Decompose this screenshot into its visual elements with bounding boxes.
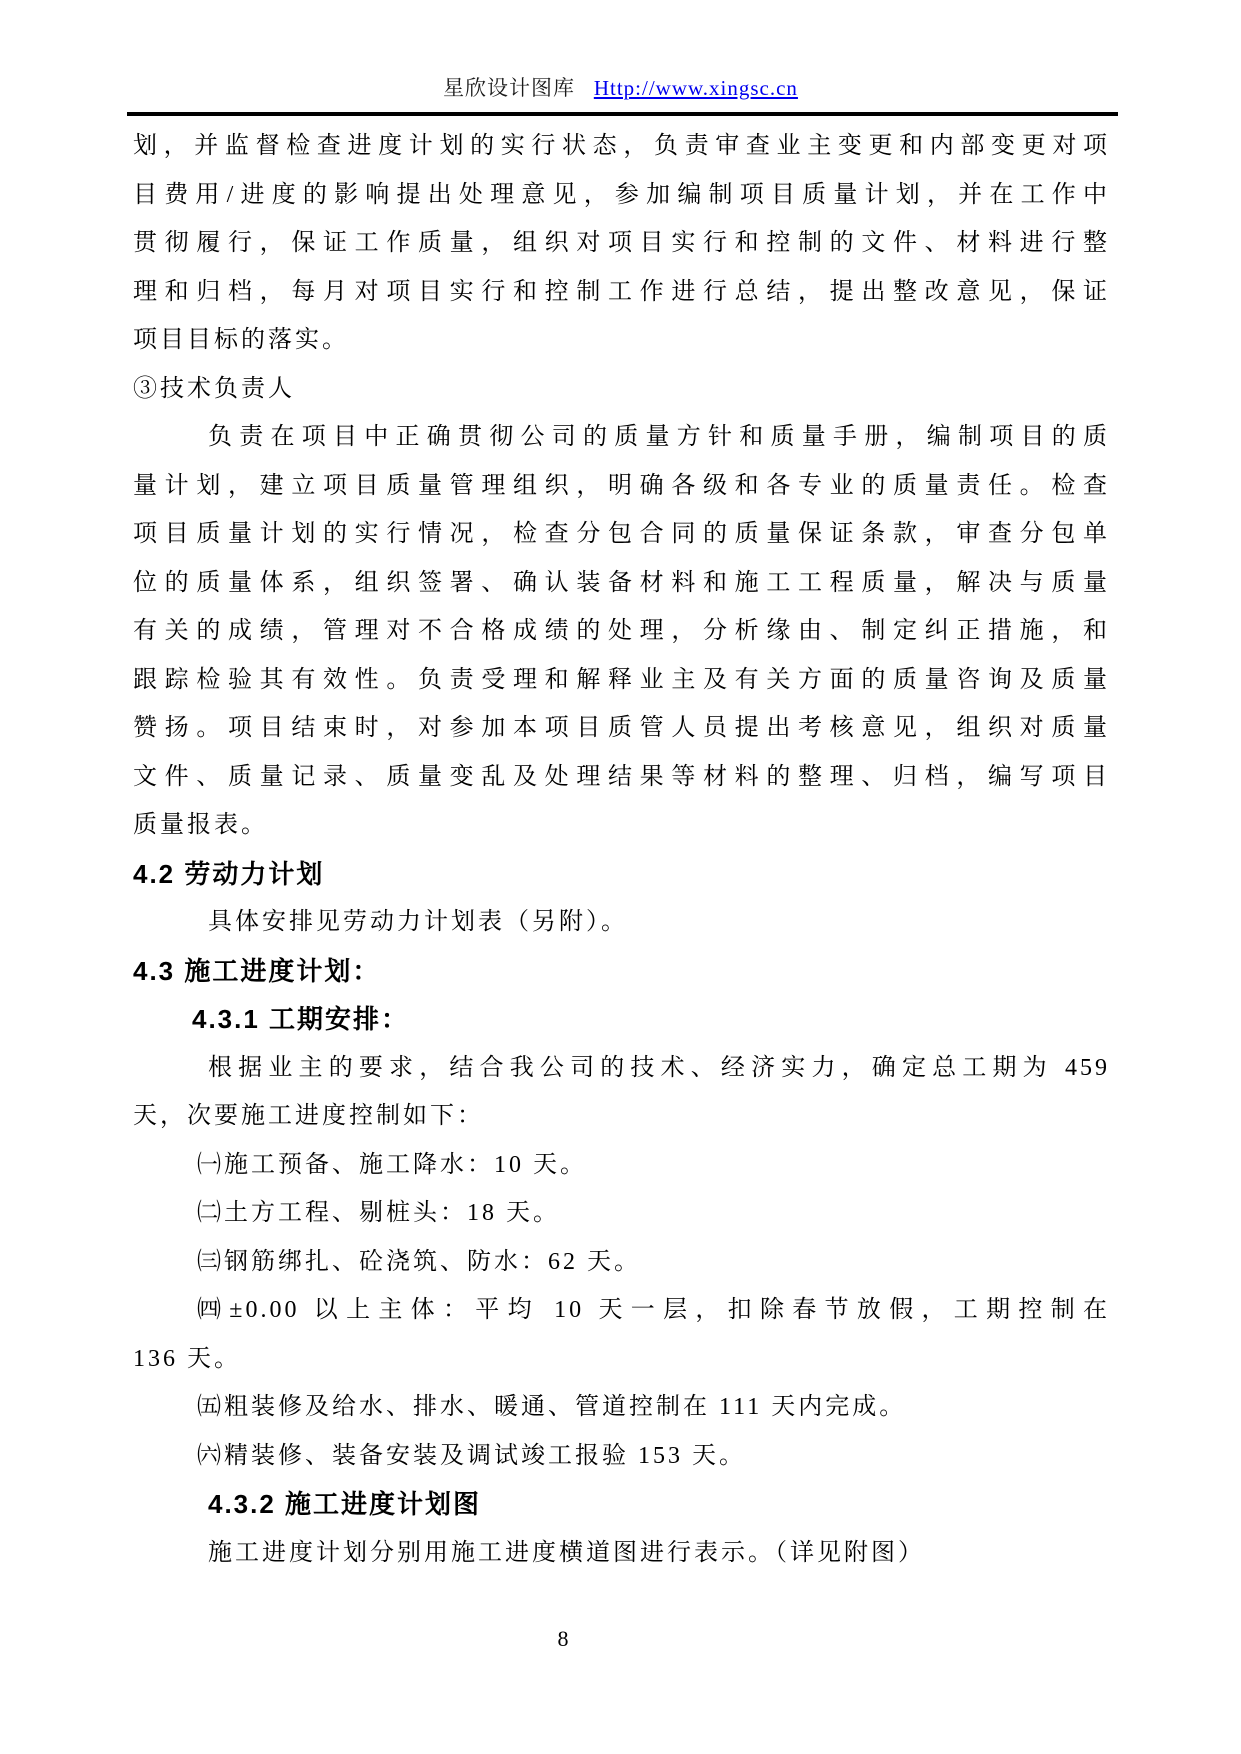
tech-director-para-line: 项目质量计划的实行情况，检查分包合同的质量保证条款，审查分包单 <box>133 510 1110 559</box>
para-continuation-line: 贯彻履行，保证工作质量，组织对项目实行和控制的文件、材料进行整 <box>133 219 1110 268</box>
schedule-item-3: ㈢钢筋绑扎、砼浇筑、防水：62 天。 <box>133 1238 1110 1287</box>
section-heading-4-3: 4.3 施工进度计划： <box>133 947 1110 996</box>
document-body: 划，并监督检查进度计划的实行状态，负责审查业主变更和内部变更对项 目费用/进度的… <box>133 122 1110 1577</box>
item-3-heading: ③技术负责人 <box>133 365 1110 414</box>
duration-para-line: 根据业主的要求，结合我公司的技术、经济实力，确定总工期为 459 <box>133 1044 1110 1093</box>
para-continuation-line: 项目目标的落实。 <box>133 316 1110 365</box>
tech-director-para-line: 赞扬。项目结束时，对参加本项目质管人员提出考核意见，组织对质量 <box>133 704 1110 753</box>
tech-director-para-line: 跟踪检验其有效性。负责受理和解释业主及有关方面的质量咨询及质量 <box>133 656 1110 705</box>
tech-director-para-line: 负责在项目中正确贯彻公司的质量方针和质量手册，编制项目的质 <box>133 413 1110 462</box>
schedule-item-1: ㈠施工预备、施工降水：10 天。 <box>133 1141 1110 1190</box>
tech-director-para-line: 有关的成绩，管理对不合格成绩的处理，分析缘由、制定纠正措施，和 <box>133 607 1110 656</box>
header-brand: 星欣设计图库 <box>443 76 575 100</box>
para-continuation-line: 划，并监督检查进度计划的实行状态，负责审查业主变更和内部变更对项 <box>133 122 1110 171</box>
page-header: 星欣设计图库 Http://www.xingsc.cn <box>0 72 1241 102</box>
gantt-chart-note: 施工进度计划分别用施工进度横道图进行表示。（详见附图） <box>133 1529 1110 1578</box>
section-heading-4-2: 4.2 劳动力计划 <box>133 850 1110 899</box>
schedule-item-2: ㈡土方工程、剔桩头：18 天。 <box>133 1189 1110 1238</box>
para-continuation-line: 目费用/进度的影响提出处理意见，参加编制项目质量计划，并在工作中 <box>133 171 1110 220</box>
schedule-item-6: ㈥精装修、装备安装及调试竣工报验 153 天。 <box>133 1432 1110 1481</box>
schedule-item-5: ㈤粗装修及给水、排水、暖通、管道控制在 111 天内完成。 <box>133 1383 1110 1432</box>
header-site-link[interactable]: Http://www.xingsc.cn <box>594 76 798 100</box>
tech-director-para-line: 文件、质量记录、质量变乱及处理结果等材料的整理、归档，编写项目 <box>133 753 1110 802</box>
schedule-item-4-continuation: 136 天。 <box>133 1335 1110 1384</box>
tech-director-para-line: 质量报表。 <box>133 801 1110 850</box>
tech-director-para-line: 位的质量体系，组织签署、确认装备材料和施工工程质量，解决与质量 <box>133 559 1110 608</box>
schedule-item-4: ㈣±0.00 以上主体：平均 10 天一层，扣除春节放假，工期控制在 <box>133 1286 1110 1335</box>
section-heading-4-3-2: 4.3.2 施工进度计划图 <box>133 1480 1110 1529</box>
section-heading-4-3-1: 4.3.1 工期安排： <box>133 995 1110 1044</box>
page-number: 8 <box>133 1626 993 1652</box>
document-page: 星欣设计图库 Http://www.xingsc.cn 划，并监督检查进度计划的… <box>0 0 1241 1754</box>
header-rule-divider <box>127 112 1118 116</box>
labor-plan-note: 具体安排见劳动力计划表（另附）。 <box>133 898 1110 947</box>
header-spacer <box>581 76 587 100</box>
tech-director-para-line: 量计划，建立项目质量管理组织，明确各级和各专业的质量责任。检查 <box>133 462 1110 511</box>
duration-para-line: 天，次要施工进度控制如下： <box>133 1092 1110 1141</box>
para-continuation-line: 理和归档，每月对项目实行和控制工作进行总结，提出整改意见，保证 <box>133 268 1110 317</box>
